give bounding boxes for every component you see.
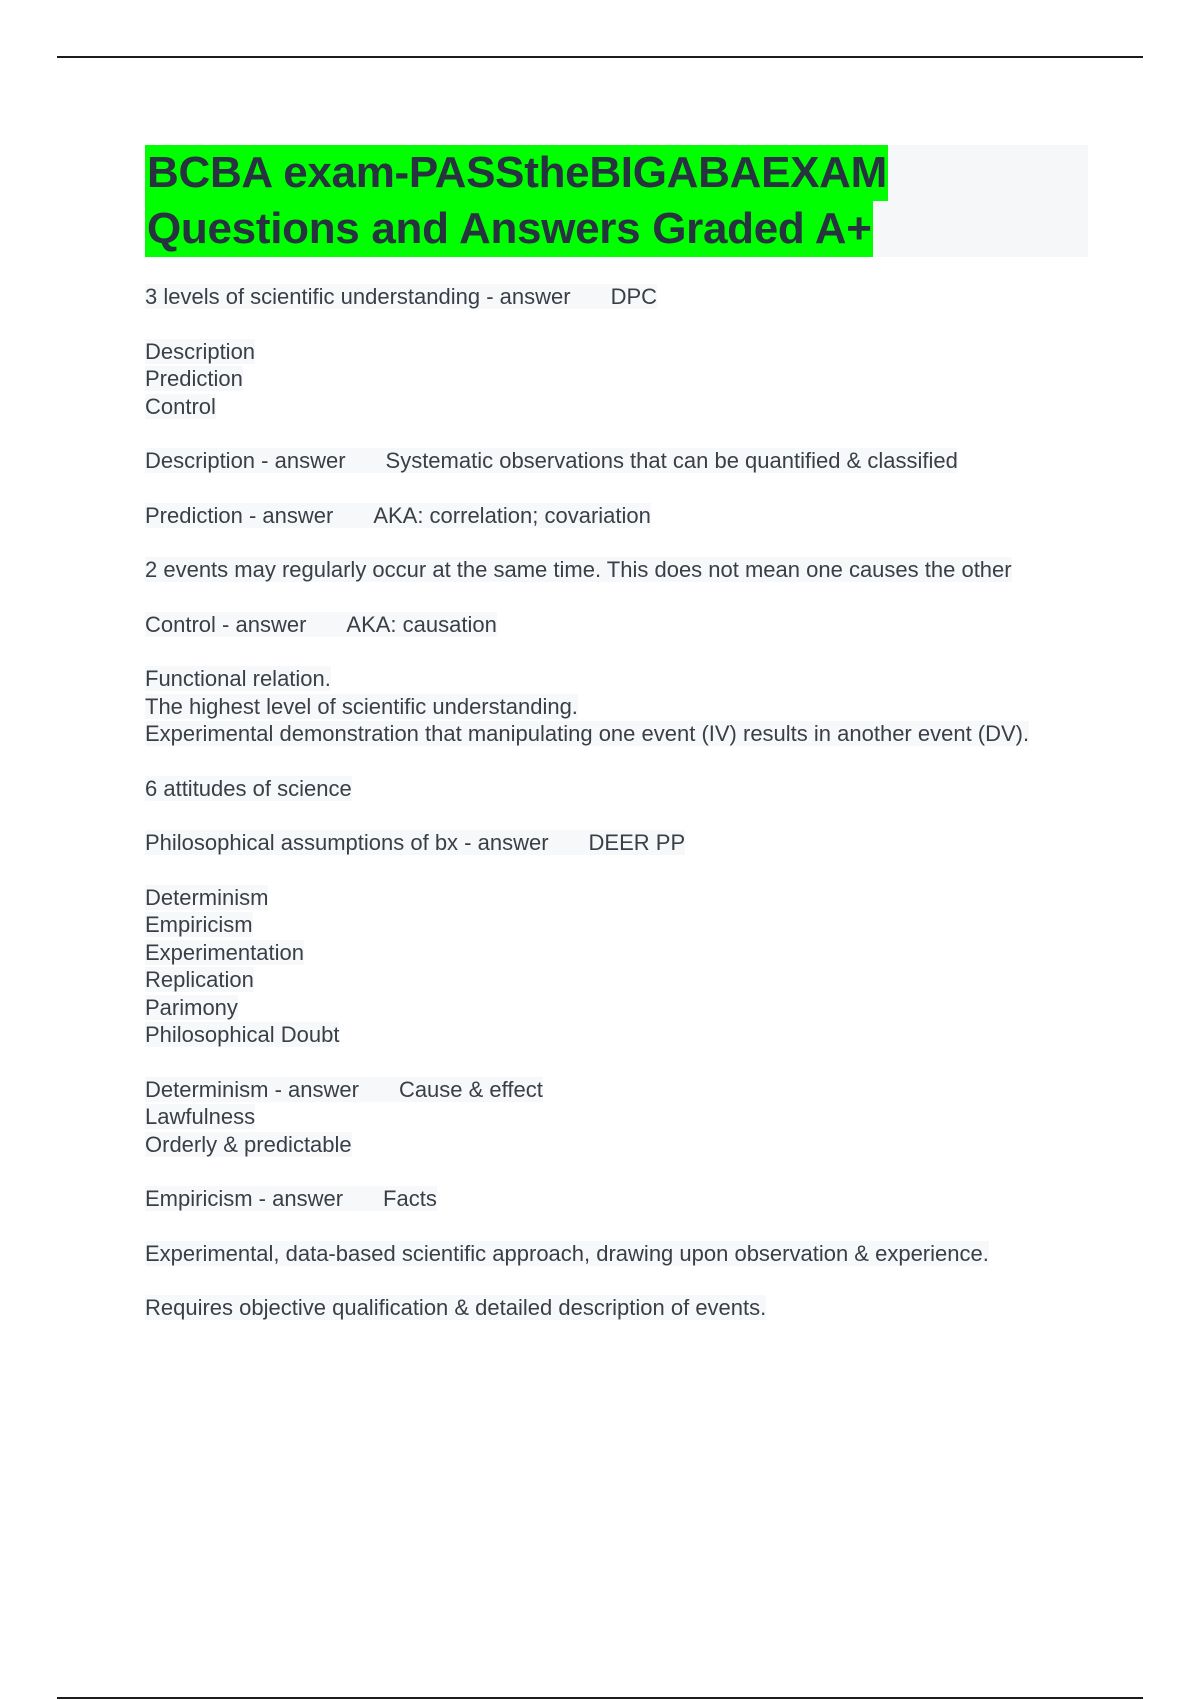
text-line: Orderly & predictable (145, 1131, 1085, 1159)
answer-text: AKA: correlation; covariation (373, 503, 651, 528)
text-line: Parimony (145, 994, 1085, 1022)
text-line: Experimental, data-based scientific appr… (145, 1240, 1085, 1268)
qa-item: Empiricism - answerFacts (145, 1185, 1085, 1213)
document-title: BCBA exam-PASStheBIGABAEXAM Questions an… (145, 145, 1088, 257)
qa-item: Prediction - answerAKA: correlation; cov… (145, 502, 1085, 530)
title-line-2: Questions and Answers Graded A+ (145, 201, 873, 257)
question-text: Prediction - answer (145, 503, 333, 528)
document-body: 3 levels of scientific understanding - a… (145, 283, 1085, 1322)
answer-text: Facts (383, 1186, 437, 1211)
text-line: Philosophical Doubt (145, 1021, 1085, 1049)
text-line: Description (145, 338, 1085, 366)
question-text: Description - answer (145, 448, 346, 473)
answer-text: Systematic observations that can be quan… (386, 448, 958, 473)
question-text: Philosophical assumptions of bx - answer (145, 830, 549, 855)
question-text: 3 levels of scientific understanding - a… (145, 284, 571, 309)
text-line: Replication (145, 966, 1085, 994)
text-line: 6 attitudes of science (145, 775, 1085, 803)
question-text: Empiricism - answer (145, 1186, 343, 1211)
qa-item: 3 levels of scientific understanding - a… (145, 283, 1085, 311)
text-line: 2 events may regularly occur at the same… (145, 556, 1085, 584)
text-line: Control (145, 393, 1085, 421)
text-line: Empiricism (145, 911, 1085, 939)
answer-text: DEER PP (589, 830, 686, 855)
text-line: Experimental demonstration that manipula… (145, 720, 1085, 748)
text-line: Functional relation. (145, 665, 1085, 693)
qa-item: Control - answerAKA: causation (145, 611, 1085, 639)
answer-text: DPC (611, 284, 657, 309)
qa-item: Description - answerSystematic observati… (145, 447, 1085, 475)
qa-item: Determinism - answerCause & effect (145, 1076, 1085, 1104)
text-line: Determinism (145, 884, 1085, 912)
question-text: Determinism - answer (145, 1077, 359, 1102)
header-rule (57, 56, 1143, 58)
footer-rule (57, 1697, 1143, 1699)
title-line-1: BCBA exam-PASStheBIGABAEXAM (145, 145, 888, 201)
text-line: The highest level of scientific understa… (145, 693, 1085, 721)
question-text: Control - answer (145, 612, 306, 637)
text-line: Experimentation (145, 939, 1085, 967)
answer-text: Cause & effect (399, 1077, 543, 1102)
qa-item: Philosophical assumptions of bx - answer… (145, 829, 1085, 857)
text-line: Lawfulness (145, 1103, 1085, 1131)
answer-text: AKA: causation (346, 612, 496, 637)
text-line: Prediction (145, 365, 1085, 393)
text-line: Requires objective qualification & detai… (145, 1294, 1085, 1322)
